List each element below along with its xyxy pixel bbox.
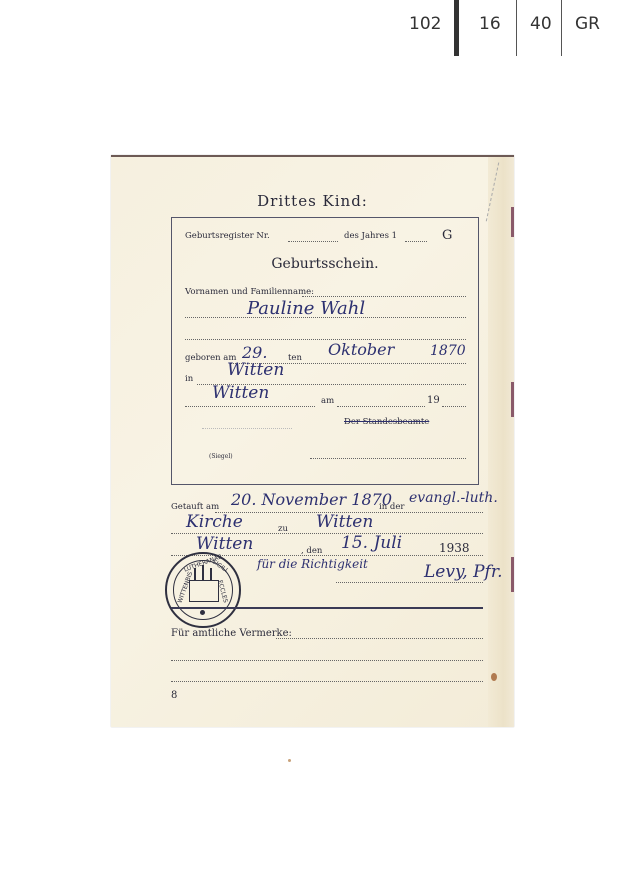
binding-mark [511, 207, 514, 237]
born-month[interactable]: Oktober [328, 340, 394, 359]
pastor-signature[interactable]: Levy, Pfr. [424, 562, 503, 582]
register-year-field[interactable] [405, 241, 427, 242]
page-number: 8 [171, 690, 177, 701]
signature-line [336, 582, 483, 583]
dotted-line [202, 428, 292, 429]
archive-cell-3: 40 [530, 14, 552, 34]
signature-note: für die Richtigkeit [257, 557, 368, 571]
remarks-label: Für amtliche Vermerke: [171, 628, 292, 639]
altar-icon [189, 580, 219, 602]
name-value[interactable]: Pauline Wahl [247, 298, 365, 319]
certificate-title: Geburtsschein. [172, 256, 478, 272]
remarks-line[interactable] [171, 660, 483, 661]
issue-place[interactable]: Witten [196, 534, 253, 554]
birth-town[interactable]: Witten [227, 360, 284, 380]
issue-year[interactable]: 1938 [439, 541, 470, 555]
baptism-date[interactable]: 20. November 1870 [231, 490, 392, 509]
born-year[interactable]: 1870 [430, 343, 466, 359]
archive-divider [516, 0, 517, 56]
heading: Drittes Kind: [111, 192, 514, 210]
archive-cell-1: 102 [409, 14, 441, 34]
registrar-label: Der Standesbeamte [344, 417, 429, 427]
name-label: Vornamen und Familienname: [185, 287, 314, 297]
baptism-town[interactable]: Witten [316, 512, 373, 532]
binding-mark [511, 382, 514, 417]
seal-label: (Siegel) [209, 453, 233, 460]
dotted-line [185, 406, 315, 407]
candle-icon [210, 568, 212, 580]
dotted-line [442, 406, 466, 407]
register-nr-field[interactable] [288, 241, 338, 242]
dotted-line [185, 339, 466, 340]
register-year-label: des Jahres 1 [344, 231, 397, 241]
archive-label: 102 16 40 GR [395, 0, 620, 55]
signature-line [310, 458, 466, 459]
church[interactable]: Kirche [186, 512, 243, 532]
section-divider [171, 607, 483, 609]
page-edge [488, 157, 514, 727]
remarks-line[interactable] [276, 638, 483, 639]
speck [288, 759, 291, 762]
archive-cell-4: GR [575, 14, 600, 34]
am-label: am [321, 396, 334, 406]
birth-certificate-box: Geburtsregister Nr. des Jahres 1 G Gebur… [171, 217, 479, 485]
cross-icon [202, 565, 204, 580]
document-page: Drittes Kind: Geburtsregister Nr. des Ja… [111, 155, 514, 727]
binding-mark [511, 557, 514, 592]
archive-divider [454, 0, 459, 56]
in-label: in [185, 374, 193, 384]
baptism-label: Getauft am [171, 502, 219, 512]
candle-icon [194, 568, 196, 580]
issue-date[interactable]: 15. Juli [341, 533, 402, 553]
birth-place[interactable]: Witten [212, 383, 269, 403]
stamp-dot [200, 610, 205, 615]
dotted-line [185, 317, 466, 318]
nineteen-label: 19 [427, 395, 440, 406]
register-nr-label: Geburtsregister Nr. [185, 231, 270, 241]
dotted-line [337, 406, 425, 407]
born-ten-label: ten [288, 353, 302, 363]
church-type[interactable]: evangl.-luth. [409, 490, 498, 506]
church-seal-stamp: WITTENBIS LUTHERANAE SIGILL ECCLES [165, 552, 241, 628]
stain [491, 673, 497, 681]
archive-cell-2: 16 [479, 14, 501, 34]
in-der-label: in der [379, 502, 404, 512]
archive-divider [561, 0, 562, 56]
register-suffix: G [442, 228, 452, 243]
remarks-line[interactable] [171, 681, 483, 682]
dotted-line [302, 296, 466, 297]
